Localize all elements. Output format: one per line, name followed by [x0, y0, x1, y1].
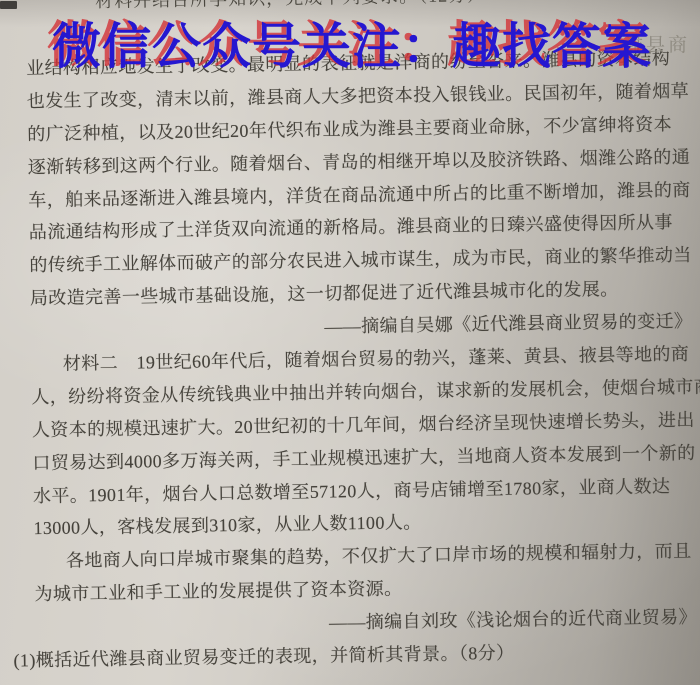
wechat-watermark-text: 微信公众号关注：趣找答案 [52, 8, 652, 78]
document-lines: 业结构相应地发生了改变。最明显的表征就是洋商的纷至沓来。潍县的资本结构也发生了改… [0, 42, 700, 678]
exam-text-block: 材料并结合所学知识，完成下列要求。（12分） 业结构相应地发生了改变。最明显的表… [0, 42, 700, 678]
cut-text-fragment [0, 1, 17, 9]
